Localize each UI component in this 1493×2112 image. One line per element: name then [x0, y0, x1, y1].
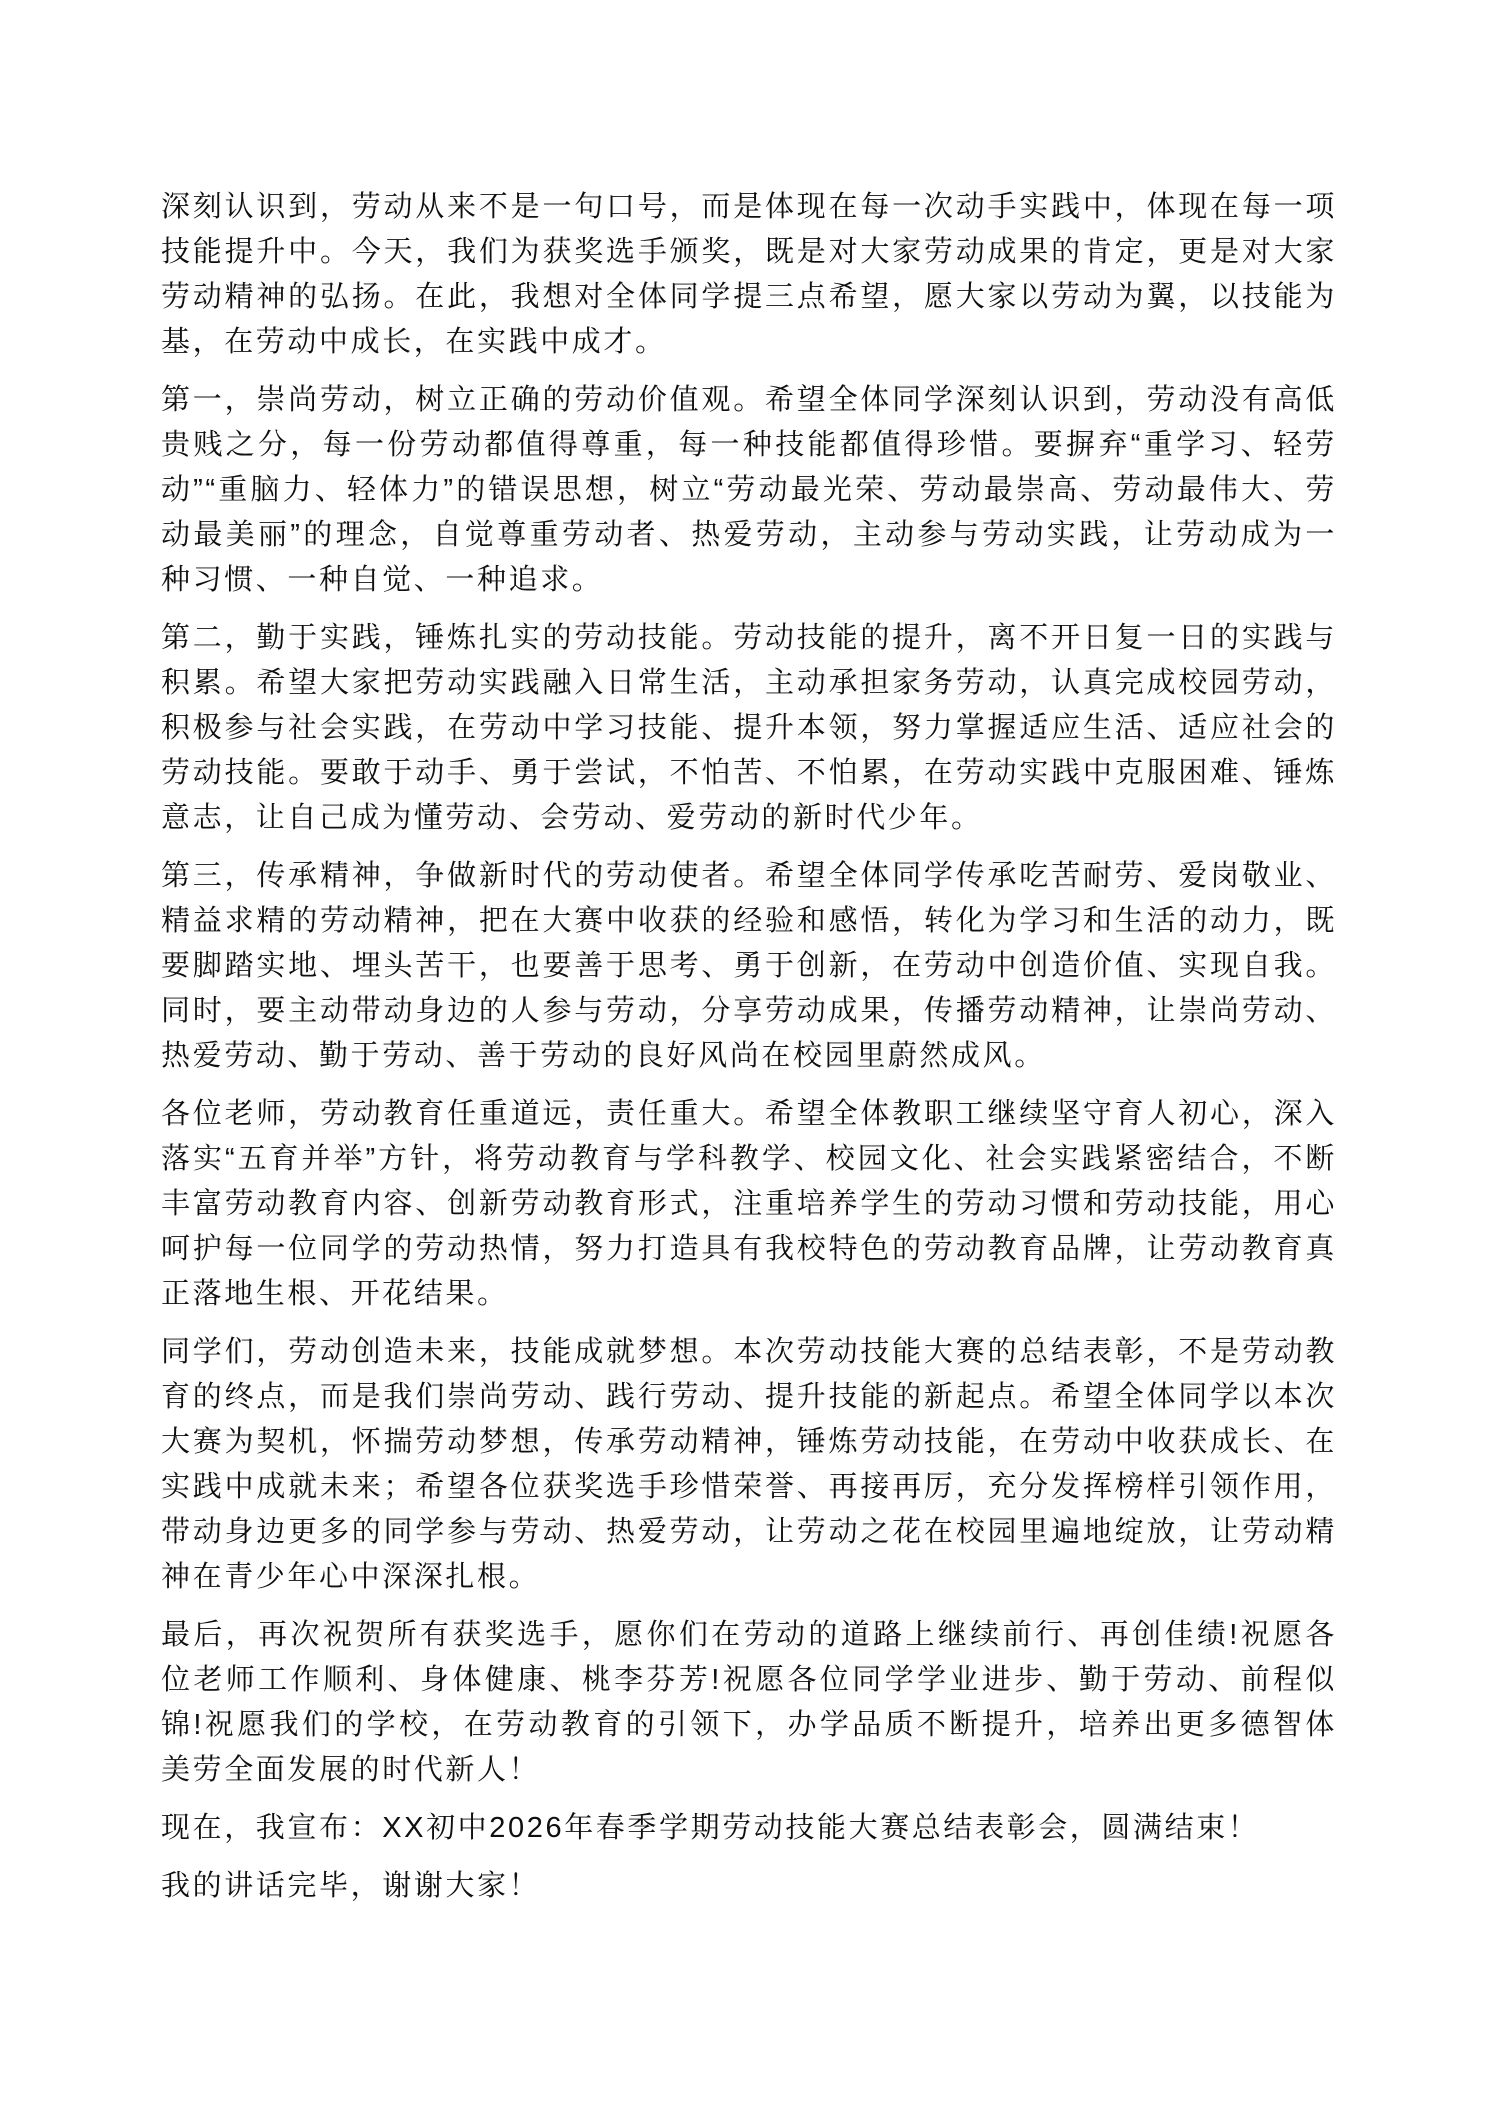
- paragraph-wishes: 最后，再次祝贺所有获奖选手，愿你们在劳动的道路上继续前行、再创佳绩!祝愿各位老师…: [161, 1613, 1337, 1793]
- paragraph-closing: 我的讲话完毕，谢谢大家！: [161, 1864, 1337, 1909]
- paragraph-to-students: 同学们，劳动创造未来，技能成就梦想。本次劳动技能大赛的总结表彰，不是劳动教育的终…: [161, 1330, 1337, 1600]
- paragraph-hope-3: 第三，传承精神，争做新时代的劳动使者。希望全体同学传承吃苦耐劳、爱岗敬业、精益求…: [161, 854, 1337, 1079]
- speech-text-block: 深刻认识到，劳动从来不是一句口号，而是体现在每一次动手实践中，体现在每一项技能提…: [161, 185, 1337, 1922]
- paragraph-hope-2: 第二，勤于实践，锤炼扎实的劳动技能。劳动技能的提升，离不开日复一日的实践与积累。…: [161, 616, 1337, 841]
- paragraph-intro: 深刻认识到，劳动从来不是一句口号，而是体现在每一次动手实践中，体现在每一项技能提…: [161, 185, 1337, 365]
- paragraph-hope-1: 第一，崇尚劳动，树立正确的劳动价值观。希望全体同学深刻认识到，劳动没有高低贵贱之…: [161, 378, 1337, 603]
- document-page: 深刻认识到，劳动从来不是一句口号，而是体现在每一次动手实践中，体现在每一项技能提…: [0, 0, 1493, 2112]
- paragraph-announcement: 现在，我宣布：XX初中2026年春季学期劳动技能大赛总结表彰会，圆满结束！: [161, 1806, 1337, 1851]
- paragraph-to-teachers: 各位老师，劳动教育任重道远，责任重大。希望全体教职工继续坚守育人初心，深入落实“…: [161, 1092, 1337, 1317]
